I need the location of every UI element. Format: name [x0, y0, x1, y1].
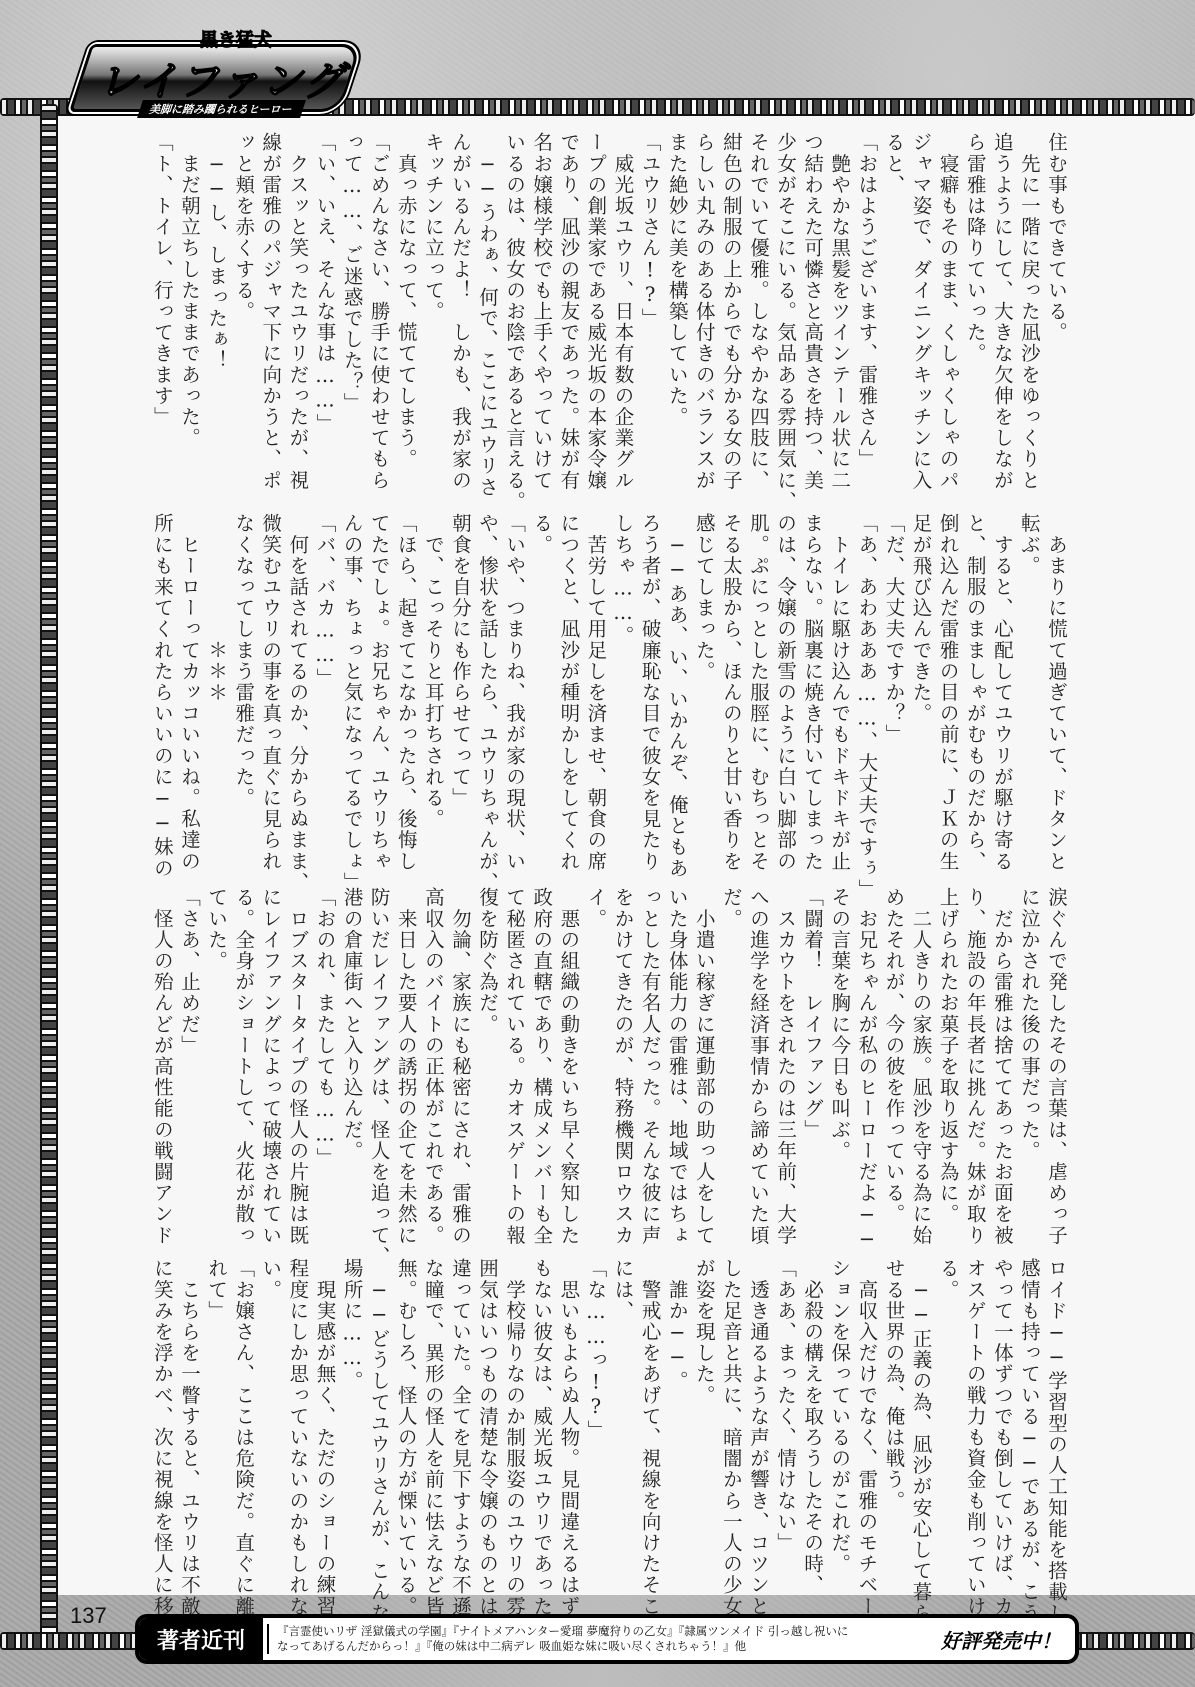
text-line: 肌。ぷにっとした服脛に、むちっとそ	[745, 513, 772, 813]
text-line: ープの創業家である威光坂の本家令嬢	[582, 132, 609, 432]
text-line: い。	[257, 1258, 284, 1558]
text-line: 真っ赤になって、慌ててしまう。	[393, 132, 420, 432]
text-line: れて」	[203, 1258, 230, 1558]
chain-border-left	[40, 104, 58, 1644]
text-line: 苦労して用足しを済ませ、朝食の席	[582, 513, 609, 813]
text-line: 「い、いえ、そんな事は……」	[311, 132, 338, 432]
text-line: スカウトをされたのは三年前、大学	[772, 887, 799, 1187]
text-line: 囲気はいつもの清楚な令嬢のものとは	[474, 1258, 501, 1558]
text-line: 「ほら、起きてこなかったら、後悔し	[393, 513, 420, 813]
promo-books-line-1: 『言霊使いリザ 淫獄儀式の学園』『ナイトメアハンター愛瑠 夢魔狩りの乙女』『隷属…	[277, 1624, 933, 1639]
page-number: 137	[70, 1603, 107, 1629]
text-line: すると、心配してユウリが駆け寄る	[989, 513, 1016, 813]
text-line: 現実感が無く、ただのショーの練習	[311, 1258, 338, 1558]
text-line: 港の倉庫街へと入り込んだ。	[338, 887, 365, 1187]
text-line: また絶妙に美を構築していた。	[664, 132, 691, 432]
text-line: 所にも来てくれたらいいのに──妹の	[149, 513, 176, 813]
text-line: 場所に……。	[338, 1258, 365, 1558]
promo-label: 著者近刊	[139, 1618, 263, 1660]
text-line: 涙ぐんで発したその言葉は、虐めっ子	[1043, 887, 1070, 1187]
text-line: 違っていた。全てを見下すような不遜	[447, 1258, 474, 1558]
text-line: には、	[609, 1258, 636, 1558]
text-line: 倒れ込んだ雷雅の目の前に、ＪＫの生	[935, 513, 962, 813]
text-line: 程度にしか思っていないのかもしれな	[284, 1258, 311, 1558]
text-line: 名お嬢様学校でも上手くやっていけて	[528, 132, 555, 432]
text-line: のは、令嬢の新雪のように白い脚部の	[772, 513, 799, 813]
text-line: クスッと笑ったユウリだったが、視	[284, 132, 311, 432]
text-line: り、施設の年長者に挑んだ。妹が取り	[962, 887, 989, 1187]
text-line: オスゲートの戦力も資金も削っていけ	[962, 1258, 989, 1558]
text-line: 先に一階に戻った凪沙をゆっくりと	[1016, 132, 1043, 432]
text-line: ろう者が、破廉恥な目で彼女を見たり	[637, 513, 664, 813]
text-line: て秘匿されている。カオスゲートの報	[501, 887, 528, 1187]
text-line: に泣かされた後の事だった。	[1016, 887, 1043, 1187]
text-line: ると、	[880, 132, 907, 432]
text-line: こちらを一瞥すると、ユウリは不敵	[176, 1258, 203, 1558]
text-line: 誰か──。	[664, 1258, 691, 1558]
text-line: 艶やかな黒髪をツインテール状に二	[826, 132, 853, 432]
text-line: 政府の直轄であり、構成メンバーも全	[528, 887, 555, 1187]
text-line: 「いや、つまりね、我が家の現状、い	[501, 513, 528, 813]
text-line: 「お嬢さん、ここは危険だ。直ぐに離	[230, 1258, 257, 1558]
text-line: への進学を経済事情から諦めていた頃	[745, 887, 772, 1187]
text-line: 感じてしまった。	[691, 513, 718, 813]
text-line: 「バ、バカ……」	[311, 513, 338, 813]
text-line: 二人きりの家族。凪沙を守る為に始	[907, 887, 934, 1187]
text-line: 悪の組織の動きをいち早く察知した	[555, 887, 582, 1187]
text-line: が姿を現した。	[691, 1258, 718, 1558]
text-line: んがいるんだよ！ しかも、我が家の	[447, 132, 474, 432]
text-line: いるのは、彼女のお陰であると言える。	[501, 132, 528, 432]
text-line: 「ああ、まったく、情けない」	[772, 1258, 799, 1558]
text-line: にレイファングによって破壊されてい	[257, 887, 284, 1187]
text-line: 転ぶ。	[1016, 513, 1043, 813]
text-line: 「ユウリさん!?」	[637, 132, 664, 432]
text-line: イ。	[582, 887, 609, 1187]
text-line: な瞳で、異形の怪人を前に怯えなど皆	[420, 1258, 447, 1558]
text-line: ロイド──学習型の人工知能を搭載し、	[1043, 1258, 1070, 1558]
text-line: それでいて優雅。しなやかな四肢に、	[745, 132, 772, 432]
text-line: 勿論、家族にも秘密にされ、雷雅の	[447, 887, 474, 1187]
text-line: 上げられたお菓子を取り返す為に。	[935, 887, 962, 1187]
text-line: 「な……っ!?」	[582, 1258, 609, 1558]
text-line: なくなってしまう雷雅だった。	[230, 513, 257, 813]
text-line: 少女がそこにいる。気品ある雰囲気に、	[772, 132, 799, 432]
text-line: ションを保っているのがこれだ。	[826, 1258, 853, 1558]
text-line: をかけてきたのが、特務機関ロウスカ	[609, 887, 636, 1187]
logo-top-tag: 黒き猛犬	[200, 26, 272, 52]
text-line: 「ごめんなさい、勝手に使わせてもら	[366, 132, 393, 432]
text-line: 「おはようございます、雷雅さん」	[853, 132, 880, 432]
text-line: した足音と共に、暗闇から一人の少女	[718, 1258, 745, 1558]
text-line: ──ああ、い、いかんぞ、俺ともあ	[664, 513, 691, 813]
text-line: 「おのれ、またしても……」	[311, 887, 338, 1187]
text-line: 小遣い稼ぎに運動部の助っ人をして	[691, 887, 718, 1187]
text-line: る。	[935, 1258, 962, 1558]
text-line: 足が飛び込んできた。	[907, 513, 934, 813]
text-line: 復を防ぐ為だ。	[474, 887, 501, 1187]
text-line: 威光坂ユウリ、日本有数の企業グル	[609, 132, 636, 432]
logo-subtitle: 美脚に踏み躙られるヒーロー	[137, 100, 305, 118]
text-line: 紺色の制服の上からでも分かる女の子	[718, 132, 745, 432]
text-line: お兄ちゃんが私のヒーローだよ──	[853, 887, 880, 1187]
promo-status: 好評発売中！	[941, 1625, 1075, 1654]
text-line: しちゃ……。	[609, 513, 636, 813]
text-line: 寝癖もそのまま、くしゃくしゃのパ	[935, 132, 962, 432]
text-line: 学校帰りなのか制服姿のユウリの雰	[501, 1258, 528, 1558]
text-line: 怪人の殆んどが高性能の戦闘アンド	[149, 887, 176, 1187]
text-line: 警戒心をあげて、視線を向けたそこ	[637, 1258, 664, 1558]
text-line: 「さあ、止めだ」	[176, 887, 203, 1187]
promo-book-list: 『言霊使いリザ 淫獄儀式の学園』『ナイトメアハンター愛瑠 夢魔狩りの乙女』『隷属…	[267, 1624, 941, 1654]
text-line: もない彼女は、威光坂ユウリであった。	[528, 1258, 555, 1558]
text-line: る。	[528, 513, 555, 813]
text-line: そる太股から、ほんのりと甘い香りを	[718, 513, 745, 813]
text-line: 「あ、あわあああ……、大丈夫ですぅ」	[853, 513, 880, 813]
text-line: トイレに駆け込んでもドキドキが止	[826, 513, 853, 813]
text-line: や、惨状を話したら、ユウリちゃんが、	[474, 513, 501, 813]
text-tier-1: 住む事もできている。 先に一階に戻った凪沙をゆっくりと追うようにして、大きな欠伸…	[70, 132, 1070, 432]
text-line: ──どうしてユウリさんが、こんな	[366, 1258, 393, 1558]
text-line: ていた。	[203, 887, 230, 1187]
text-line: あまりに慌て過ぎていて、ドタンと	[1043, 513, 1070, 813]
text-line: 何を話されてるのか、分からぬまま、	[284, 513, 311, 813]
text-line: であり、凪沙の親友であった。妹が有	[555, 132, 582, 432]
series-logo: 黒き猛犬 レイファング 美脚に踏み躙られるヒーロー	[80, 26, 350, 118]
text-line: る。全身がショートして、火花が散っ	[230, 887, 257, 1187]
text-line: っとした有名人だった。そんな彼に声	[637, 887, 664, 1187]
text-line: 微笑むユウリの事を真っ直ぐに見られ	[257, 513, 284, 813]
text-tier-2: あまりに慌て過ぎていて、ドタンと転ぶ。 すると、心配してユウリが駆け寄ると、制服…	[70, 513, 1070, 813]
text-line: めたそれが、今の彼を作っている。	[880, 887, 907, 1187]
text-line: ッと頬を赤くする。	[230, 132, 257, 432]
text-line: てたでしょ。お兄ちゃん、ユウリちゃ	[366, 513, 393, 813]
text-line: 来日した要人の誘拐の企てを未然に	[393, 887, 420, 1187]
text-line: に笑みを浮かべ、次に視線を怪人に移	[149, 1258, 176, 1558]
text-line: せる世界の為、俺は戦う。	[880, 1258, 907, 1558]
text-line: 朝食を自分にも作らせてって」	[447, 513, 474, 813]
text-line: 思いもよらぬ人物。見間違えるはず	[555, 1258, 582, 1558]
text-line: 感情も持っている──であるが、こう	[1016, 1258, 1043, 1558]
text-line: ＊＊＊	[203, 513, 230, 813]
text-line: 無。むしろ、怪人の方が慄いている。	[393, 1258, 420, 1558]
text-line: 防いだレイファングは、怪人を追って、	[366, 887, 393, 1187]
text-line: 「だ、大丈夫ですか？」	[880, 513, 907, 813]
text-line: と、制服のまましゃがむものだから、	[962, 513, 989, 813]
text-line: で、こっそりと耳打ちされる。	[420, 513, 447, 813]
text-line: ヒーローってカッコいいね。私達の	[176, 513, 203, 813]
text-line: だから雷雅は捨ててあったお面を被	[989, 887, 1016, 1187]
text-line: 透き通るような声が響き、コツンと	[745, 1258, 772, 1558]
text-line: につくと、凪沙が種明かしをしてくれ	[555, 513, 582, 813]
text-line: キッチンに立って。	[420, 132, 447, 432]
text-line: 「闘着！ レイファング」	[799, 887, 826, 1187]
text-line: その言葉を胸に今日も叫ぶ。	[826, 887, 853, 1187]
text-line: まだ朝立ちしたままであった。	[176, 132, 203, 432]
text-line: 必殺の構えを取ろうしたその時、	[799, 1258, 826, 1558]
text-line: だ。	[718, 887, 745, 1187]
text-line: ら雷雅は降りていった。	[962, 132, 989, 432]
text-line: ──うわぁ、何で、ここにユウリさ	[474, 132, 501, 432]
promo-books-line-2: なってあげるんだからっ！』『俺の妹は中二病デレ 吸血姫な妹に吸い尽くされちゃう！…	[277, 1639, 933, 1654]
text-line: ──正義の為、凪沙が安心して暮ら	[907, 1258, 934, 1558]
text-tier-3: 涙ぐんで発したその言葉は、虐めっ子に泣かされた後の事だった。 だから雷雅は捨てて…	[70, 887, 1070, 1187]
text-line: 「ト、トイレ、行ってきます」	[149, 132, 176, 432]
text-line: 線が雷雅のパジャマ下に向かうと、ポ	[257, 132, 284, 432]
text-line: って……、ご迷惑でした？」	[338, 132, 365, 432]
text-line: ジャマ姿で、ダイニングキッチンに入	[907, 132, 934, 432]
text-tier-4: ロイド──学習型の人工知能を搭載し、感情も持っている──であるが、こうやって一体…	[70, 1258, 1070, 1558]
text-line: いた身体能力の雷雅は、地域ではちょ	[664, 887, 691, 1187]
text-line: まらない。脳裏に焼き付いてしまった	[799, 513, 826, 813]
text-line: やって一体ずつでも倒していけば、カ	[989, 1258, 1016, 1558]
text-line: ──し、しまったぁ！	[203, 132, 230, 432]
text-line: 追うようにして、大きな欠伸をしなが	[989, 132, 1016, 432]
author-promo-banner: 著者近刊 『言霊使いリザ 淫獄儀式の学園』『ナイトメアハンター愛瑠 夢魔狩りの乙…	[135, 1614, 1079, 1664]
text-line: つ結わえた可憐さと高貴さを持つ、美	[799, 132, 826, 432]
text-line: んの事、ちょっと気になってるでしょ」	[338, 513, 365, 813]
text-line: 住む事もできている。	[1043, 132, 1070, 432]
logo-title: レイファング	[98, 50, 345, 107]
text-line: ロブスタータイプの怪人の片腕は既	[284, 887, 311, 1187]
text-line: 高収入のバイトの正体がこれである。	[420, 887, 447, 1187]
text-line: 高収入だけでなく、雷雅のモチベー	[853, 1258, 880, 1558]
text-line: らしい丸みのある体付きのバランスが	[691, 132, 718, 432]
